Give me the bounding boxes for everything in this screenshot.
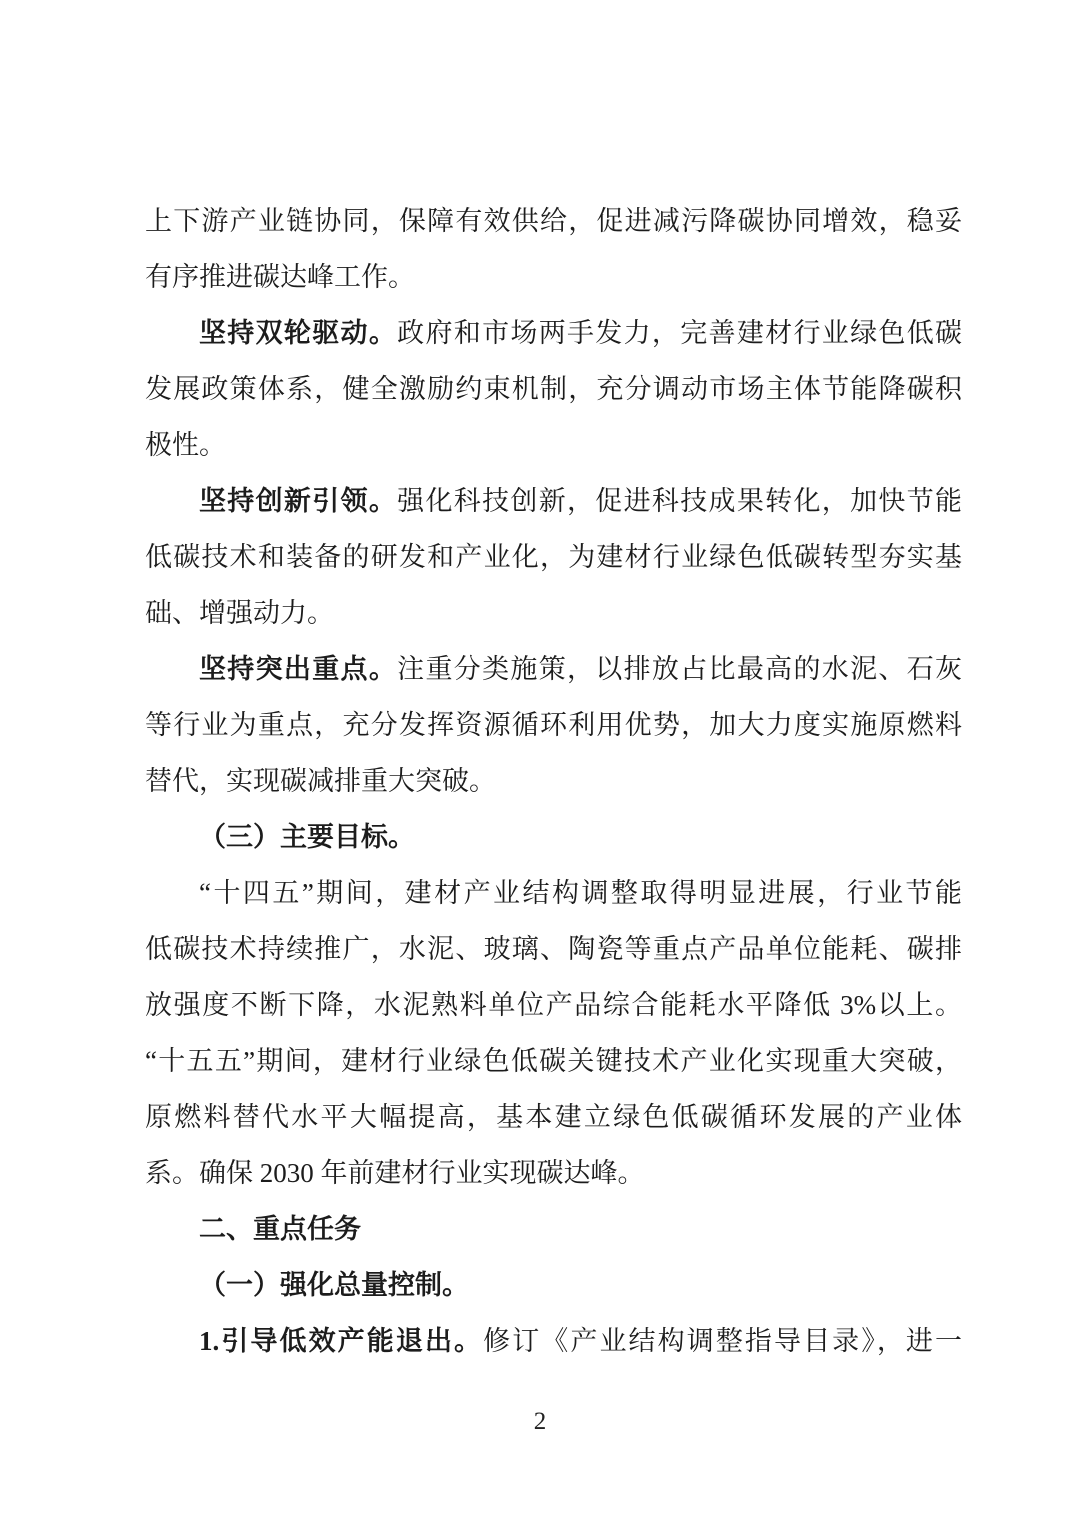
text-line: （一）强化总量控制。 [145,1257,962,1313]
bold-text-run: 坚持创新引领。 [199,486,397,516]
text-line: 上下游产业链协同，保障有效供给，促进减污降碳协同增效，稳妥 [145,193,962,249]
text-run: 注重分类施策，以排放占比最高的水泥、石灰 [397,654,962,684]
text-line: 替代，实现碳减排重大突破。 [145,753,962,809]
text-run: 原燃料替代水平大幅提高，基本建立绿色低碳循环发展的产业体 [145,1102,962,1132]
text-line: 系。确保 2030 年前建材行业实现碳达峰。 [145,1145,962,1201]
page-number: 2 [0,1406,1080,1438]
text-run: 上下游产业链协同，保障有效供给，促进减污降碳协同增效，稳妥 [145,206,962,236]
text-run: 修订《产业结构调整指导目录》，进一 [483,1326,962,1356]
bold-text-run: 坚持突出重点。 [199,654,397,684]
text-run: 等行业为重点，充分发挥资源循环利用优势，加大力度实施原燃料 [145,710,962,740]
text-run: 强化科技创新，促进科技成果转化，加快节能 [397,486,962,516]
text-run: 替代，实现碳减排重大突破。 [145,766,496,796]
text-line: 坚持突出重点。注重分类施策，以排放占比最高的水泥、石灰 [145,641,962,697]
text-line: 二、重点任务 [145,1201,962,1257]
text-run: 低碳技术持续推广，水泥、玻璃、陶瓷等重点产品单位能耗、碳排 [145,934,962,964]
bold-text-run: （一）强化总量控制。 [199,1270,469,1300]
text-run: 有序推进碳达峰工作。 [145,262,415,292]
bold-text-run: （三）主要目标。 [199,822,415,852]
text-run: 低碳技术和装备的研发和产业化，为建材行业绿色低碳转型夯实基 [145,542,962,572]
text-line: “十四五”期间，建材产业结构调整取得明显进展，行业节能 [145,865,962,921]
text-line: 等行业为重点，充分发挥资源循环利用优势，加大力度实施原燃料 [145,697,962,753]
text-line: “十五五”期间，建材行业绿色低碳关键技术产业化实现重大突破， [145,1033,962,1089]
bold-text-run: 二、重点任务 [199,1214,361,1244]
text-line: 放强度不断下降，水泥熟料单位产品综合能耗水平降低 3%以上。 [145,977,962,1033]
text-line: 低碳技术持续推广，水泥、玻璃、陶瓷等重点产品单位能耗、碳排 [145,921,962,977]
text-run: 发展政策体系，健全激励约束机制，充分调动市场主体节能降碳积 [145,374,962,404]
document-page: 上下游产业链协同，保障有效供给，促进减污降碳协同增效，稳妥有序推进碳达峰工作。坚… [0,0,1080,1527]
document-body: 上下游产业链协同，保障有效供给，促进减污降碳协同增效，稳妥有序推进碳达峰工作。坚… [145,193,962,1369]
text-run: “十四五”期间，建材产业结构调整取得明显进展，行业节能 [199,878,962,908]
text-line: 低碳技术和装备的研发和产业化，为建材行业绿色低碳转型夯实基 [145,529,962,585]
text-run: 放强度不断下降，水泥熟料单位产品综合能耗水平降低 3%以上。 [145,990,962,1020]
text-line: 原燃料替代水平大幅提高，基本建立绿色低碳循环发展的产业体 [145,1089,962,1145]
text-line: 坚持创新引领。强化科技创新，促进科技成果转化，加快节能 [145,473,962,529]
text-line: 极性。 [145,417,962,473]
text-line: （三）主要目标。 [145,809,962,865]
text-line: 坚持双轮驱动。政府和市场两手发力，完善建材行业绿色低碳 [145,305,962,361]
text-line: 础、增强动力。 [145,585,962,641]
text-run: 政府和市场两手发力，完善建材行业绿色低碳 [397,318,962,348]
text-run: 础、增强动力。 [145,598,334,628]
bold-text-run: 1.引导低效产能退出。 [199,1326,483,1356]
text-line: 发展政策体系，健全激励约束机制，充分调动市场主体节能降碳积 [145,361,962,417]
text-line: 有序推进碳达峰工作。 [145,249,962,305]
text-line: 1.引导低效产能退出。修订《产业结构调整指导目录》，进一 [145,1313,962,1369]
text-run: 极性。 [145,430,226,460]
text-run: “十五五”期间，建材行业绿色低碳关键技术产业化实现重大突破， [145,1046,962,1076]
bold-text-run: 坚持双轮驱动。 [199,318,397,348]
text-run: 系。确保 2030 年前建材行业实现碳达峰。 [145,1158,645,1188]
